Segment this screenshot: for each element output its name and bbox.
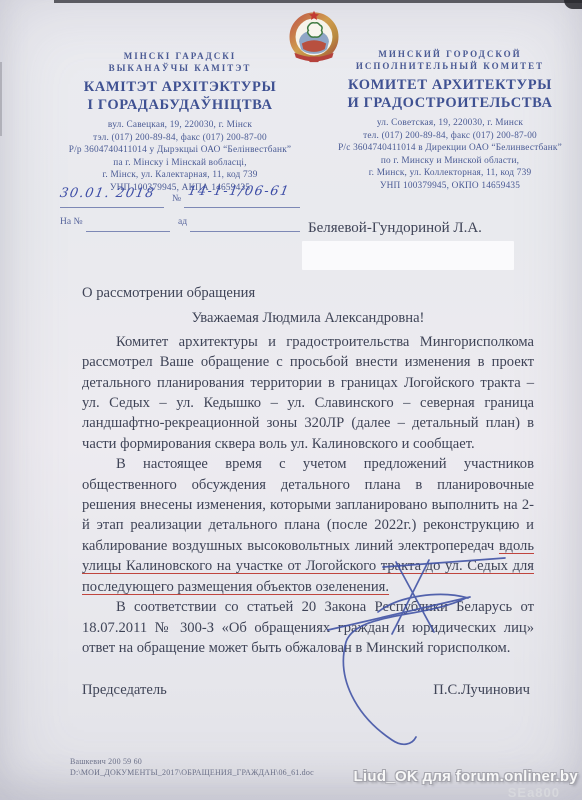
address-line: ул. Советская, 19, 220030, г. Минск <box>324 117 576 130</box>
signer-name: П.С.Лучинович <box>433 680 530 700</box>
address-line: Р/с 3604740411014 в Дирекции ОАО “Белинв… <box>324 142 576 155</box>
scan-left-artifact <box>0 62 2 136</box>
address-line: вул. Савецкая, 19, 220030, г. Мінск <box>54 119 306 132</box>
from-date-label: ад <box>178 217 187 227</box>
address-line: тел. (017) 200-89-84, факс (017) 200-87-… <box>324 130 576 143</box>
forum-watermark: Liud_OK для forum.onliner.by <box>353 768 578 785</box>
address-line: УНП 100379945, ОКПО 14659435 <box>324 180 576 193</box>
scanned-letter-page: МІНСКІ ГАРАДСКІ ВЫКАНАЎЧЫ КАМІТЭТ КАМІТЭ… <box>0 0 582 800</box>
address-line: г. Минск, ул. Коллекторная, 11, код 739 <box>324 167 576 180</box>
file-path: D:\МОИ_ДОКУМЕНТЫ_2017\ОБРАЩЕНИЯ_ГРАЖДАН\… <box>70 768 370 779</box>
address-line: г. Мінск, ул. Калектарная, 11, код 739 <box>54 169 306 182</box>
faint-stamp-number: SEa800 <box>508 785 560 800</box>
org-name-line: ВЫКАНАЎЧЫ КАМІТЭТ <box>54 62 306 74</box>
org-name-line: ИСПОЛНИТЕЛЬНЫЙ КОМИТЕТ <box>324 60 576 72</box>
scan-corner-artifact <box>564 0 582 9</box>
date-underline <box>60 207 164 208</box>
on-number-label: На № <box>60 217 83 227</box>
signature-row: Председатель П.С.Лучинович <box>82 680 534 700</box>
letterhead-belarusian: МІНСКІ ГАРАДСКІ ВЫКАНАЎЧЫ КАМІТЭТ КАМІТЭ… <box>54 50 306 195</box>
letter-body: О рассмотрении обращения Уважаемая Людми… <box>82 283 534 701</box>
signer-title: Председатель <box>82 680 167 700</box>
executor-phone: Вашкевич 200 59 60 <box>70 757 370 768</box>
number-sign-label: № <box>172 194 181 204</box>
redacted-address-box <box>302 241 514 270</box>
committee-name-line: І ГОРАДАБУДАЎНІЦТВА <box>54 97 306 115</box>
committee-name-line: КАМІТЭТ АРХІТЭКТУРЫ <box>54 79 306 97</box>
letterhead-russian: МИНСКИЙ ГОРОДСКОЙ ИСПОЛНИТЕЛЬНЫЙ КОМИТЕТ… <box>324 48 576 193</box>
address-line: Р/р 3604740411014 у Дырэкцыі ОАО “Белінв… <box>54 144 306 157</box>
paragraph-2: В настоящее время с учетом предложений у… <box>82 454 534 597</box>
paragraph-3: В соответствии со статьей 20 Закона Респ… <box>82 597 534 658</box>
handwritten-number: 14-1-1/06-61 <box>187 184 291 199</box>
org-name-line: МІНСКІ ГАРАДСКІ <box>54 50 306 62</box>
committee-name-line: КОМИТЕТ АРХИТЕКТУРЫ <box>324 77 576 95</box>
subject-line: О рассмотрении обращения <box>82 283 534 303</box>
paragraph-2-text: В настоящее время с учетом предложений у… <box>82 456 534 554</box>
number-underline <box>184 207 300 208</box>
address-line: тэл. (017) 200-89-84, факс (017) 200-87-… <box>54 132 306 145</box>
address-line: по г. Минску и Минской области, <box>324 155 576 168</box>
committee-name-line: И ГРАДОСТРОИТЕЛЬСТВА <box>324 95 576 113</box>
footer-block: Вашкевич 200 59 60 D:\МОИ_ДОКУМЕНТЫ_2017… <box>70 757 370 778</box>
paragraph-1: Комитет архитектуры и градостроительства… <box>82 332 534 454</box>
reference-block: 30.01. 2018 № 14-1-1/06-61 На № ад <box>60 188 300 234</box>
from-date-underline <box>190 231 300 232</box>
addressee-name: Беляевой-Гундориной Л.А. <box>308 220 482 237</box>
salutation: Уважаемая Людмила Александровна! <box>82 308 534 328</box>
scan-edge-artifact <box>54 0 582 3</box>
org-name-line: МИНСКИЙ ГОРОДСКОЙ <box>324 48 576 60</box>
handwritten-date: 30.01. 2018 <box>59 186 157 201</box>
address-line: па г. Мінску і Мінскай вобласці, <box>54 157 306 170</box>
on-number-underline <box>86 231 170 232</box>
